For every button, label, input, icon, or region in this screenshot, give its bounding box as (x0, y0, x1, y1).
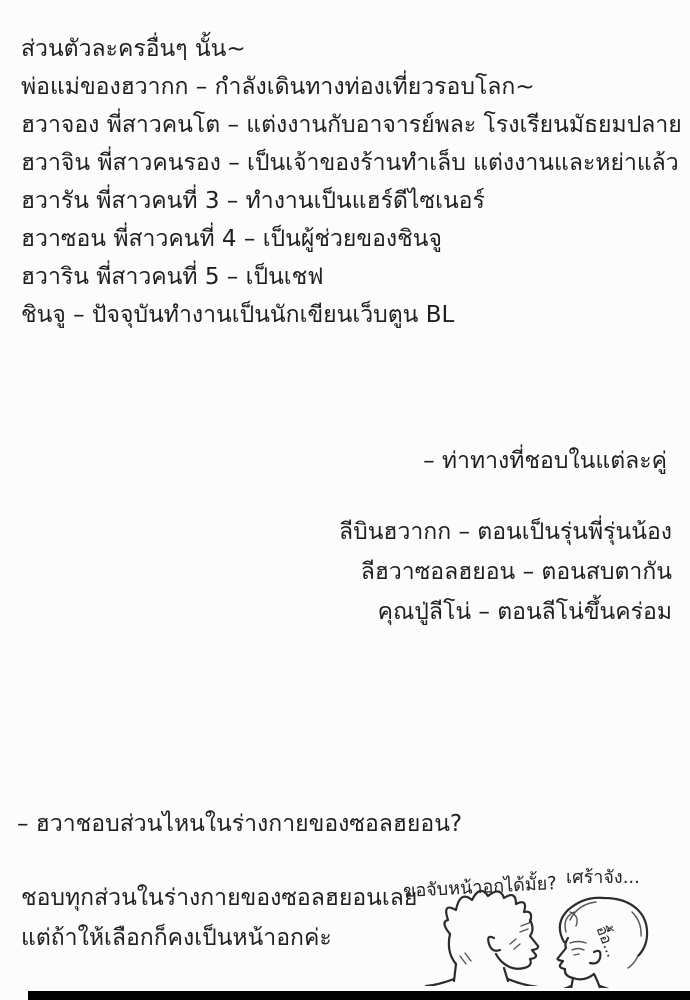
speech-caption-sad: เศร้าจัง... (566, 862, 640, 891)
ear-left (488, 937, 500, 951)
bottom-border-bar (28, 991, 690, 1000)
cast-line: ฮวาจอง พี่สาวคนโต – แต่งงานกับอาจารย์พละ… (21, 106, 682, 144)
eye-shadow (574, 954, 579, 955)
face-profile-right (558, 938, 594, 979)
shoulders-right (546, 986, 632, 988)
cast-line: ส่วนตัวละครอื่นๆ นั้น~ (21, 30, 682, 68)
eye-left (520, 929, 528, 932)
cast-line: ฮวารัน พี่สาวคนที่ 3 – ทำงานเป็นแฮร์ดีไซ… (21, 182, 682, 220)
head-back-left (449, 934, 456, 981)
cast-line: พ่อแม่ของฮวากก – กำลังเดินทางท่องเที่ยวร… (21, 68, 682, 106)
ear-right (590, 951, 600, 964)
hair-left (444, 891, 531, 934)
qa-answer-line: แต่ถ้าให้เลือกก็คงเป็นหน้าอกค่ะ (21, 918, 417, 958)
qa-answer: ชอบทุกส่วนในร่างกายของซอลฮยอนเลย แต่ถ้าใ… (21, 878, 417, 958)
blush-marks (510, 939, 520, 949)
sad-brow (570, 942, 586, 944)
brow-left (521, 923, 529, 926)
hair-right (560, 898, 647, 956)
shoulders-left (426, 979, 538, 986)
sketch-face-right-icon (540, 890, 675, 988)
neck-lines (571, 974, 600, 988)
cast-line: ชินจู – ปัจจุบันทำงานเป็นนักเขียนเว็บตูน… (21, 296, 682, 334)
neck-hatch (460, 953, 471, 964)
poses-heading: – ท่าทางที่ชอบในแต่ละคู่ (423, 443, 667, 479)
nape-hair (628, 956, 638, 968)
cast-line: ฮวาจิน พี่สาวคนรอง – เป็นเจ้าของร้านทำเล… (21, 144, 682, 182)
qa-question: – ฮวาชอบส่วนไหนในร่างกายของซอลฮยอน? (17, 806, 462, 842)
poses-line: ลีบินฮวากก – ตอนเป็นรุ่นพี่รุ่นน้อง (339, 512, 672, 552)
cast-line: ฮวาริน พี่สาวคนที่ 5 – เป็นเชฟ (21, 258, 682, 296)
closed-eye (572, 949, 584, 951)
face-profile-left (496, 920, 538, 969)
cast-line: ฮวาซอน พี่สาวคนที่ 4 – เป็นผู้ช่วยของชิน… (21, 220, 682, 258)
poses-line: ลีฮวาซอลฮยอน – ตอนสบตากัน (339, 552, 672, 592)
comic-extra-page: ส่วนตัวละครอื่นๆ นั้น~ พ่อแม่ของฮวากก – … (0, 0, 690, 1000)
qa-answer-line: ชอบทุกส่วนในร่างกายของซอลฮยอนเลย (21, 878, 417, 918)
poses-line: คุณปู่ลีโน่ – ตอนลีโน่ขึ้นคร่อม (339, 592, 672, 632)
character-list: ส่วนตัวละครอื่นๆ นั้น~ พ่อแม่ของฮวากก – … (21, 30, 682, 334)
poses-list: ลีบินฮวากก – ตอนเป็นรุ่นพี่รุ่นน้อง ลีฮว… (339, 512, 672, 632)
